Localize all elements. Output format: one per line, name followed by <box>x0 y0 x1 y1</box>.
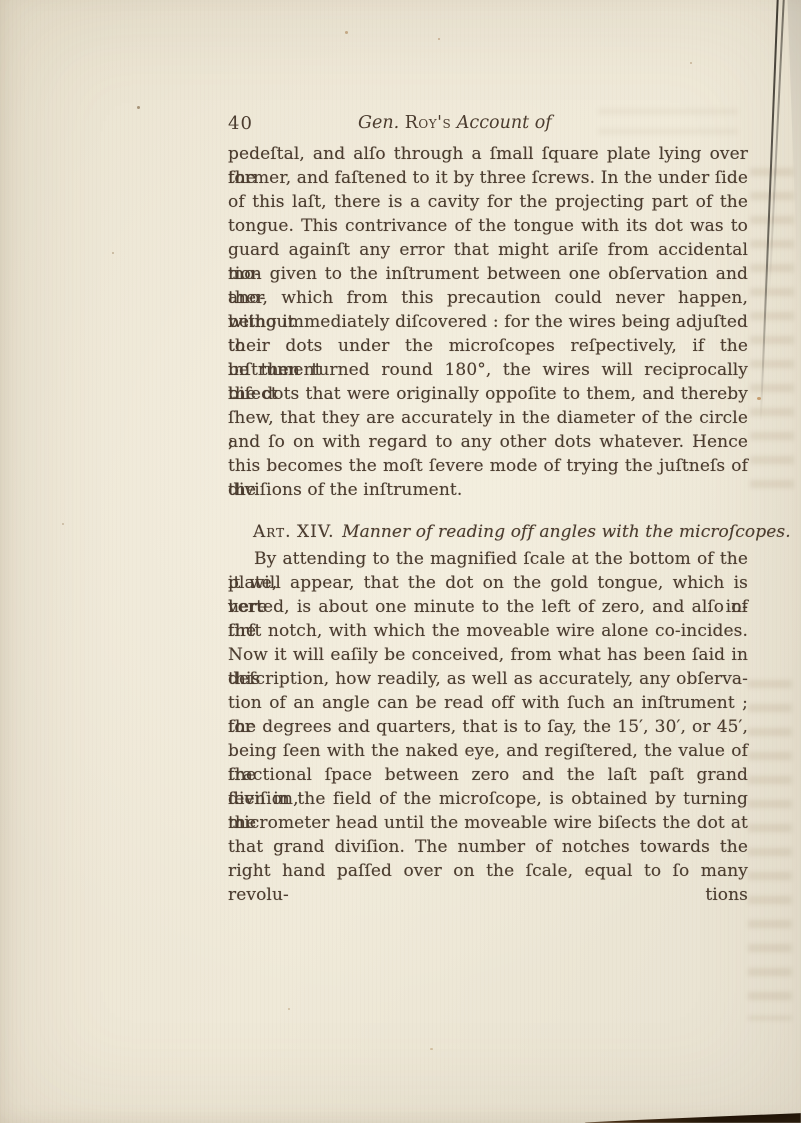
body-text-line: firſt notch, with which the moveable wir… <box>228 619 748 643</box>
page-edge-line <box>760 0 779 422</box>
page-edge-sliver <box>775 0 801 290</box>
running-head-title: Account of <box>457 113 552 133</box>
catchword: tions <box>228 883 748 907</box>
body-text-line: being ſeen with the naked eye, and regiſ… <box>228 739 748 763</box>
show-through-text <box>748 680 792 1020</box>
body-text-line: verted, is about one minute to the left … <box>228 595 748 619</box>
body-text-line: ſeen in the field of the microſcope, is … <box>228 787 748 811</box>
article-label: Art. <box>253 522 292 542</box>
article-title: Manner of reading off angles with the mi… <box>342 522 791 542</box>
foxing-speck <box>62 523 64 525</box>
body-text-line: pedeſtal, and alſo through a ſmall ſquar… <box>228 142 748 166</box>
foxing-speck <box>438 38 440 40</box>
foxing-speck <box>112 252 114 254</box>
body-text-line: fractional ſpace between zero and the la… <box>228 763 748 787</box>
body-text-line: the degrees and quarters, that is to ſay… <box>228 715 748 739</box>
page-header: 40 Gen. Roy's Account of <box>0 113 801 137</box>
body-text-line: the dots that were originally oppoſite t… <box>228 382 748 406</box>
body-text-line: tion of an angle can be read off with ſu… <box>228 691 748 715</box>
body-text-line: this becomes the moſt ſevere mode of try… <box>228 454 748 478</box>
foxing-speck <box>288 1008 290 1010</box>
body-text-line: being immediately diſcovered : for the w… <box>228 310 748 334</box>
body-text-line: be then turned round 180°, the wires wil… <box>228 358 748 382</box>
body-text-line: of this laſt, there is a cavity for the … <box>228 190 748 214</box>
running-head-author: Roy's <box>405 113 451 133</box>
article-numeral: XIV. <box>297 522 335 542</box>
body-text-line: that grand diviſion. The number of notch… <box>228 835 748 859</box>
body-text-line: tion given to the inſtrument between one… <box>228 262 748 286</box>
body-text-line: guard againſt any error that might ariſe… <box>228 238 748 262</box>
body-text-line: former, and faſtened to it by three ſcre… <box>228 166 748 190</box>
body-text-line: it will appear, that the dot on the gold… <box>228 571 748 595</box>
book-page: 40 Gen. Roy's Account of pedeſtal, and a… <box>0 0 801 1123</box>
body-text-line: tongue. This contrivance of the tongue w… <box>228 214 748 238</box>
body-text-line: and ſo on with regard to any other dots … <box>228 430 748 454</box>
foxing-speck <box>690 62 692 64</box>
body-text-line: deſcription, how readily, as well as acc… <box>228 667 748 691</box>
page-number: 40 <box>228 113 253 134</box>
body-text-line: By attending to the magnified ſcale at t… <box>228 547 748 571</box>
foxing-speck <box>345 31 348 34</box>
text-block: pedeſtal, and alſo through a ſmall ſquar… <box>228 142 748 907</box>
body-text-line: Now it will eaſily be conceived, from wh… <box>228 643 748 667</box>
book-edge-shadow <box>585 1112 801 1123</box>
running-head: Gen. Roy's Account of <box>358 113 552 133</box>
article-heading: Art. XIV. Manner of reading off angles w… <box>228 520 748 544</box>
body-text-line: their dots under the microſcopes reſpect… <box>228 334 748 358</box>
running-head-gen: Gen. <box>358 113 399 133</box>
body-text-line: ſhew, that they are accurately in the di… <box>228 406 748 430</box>
foxing-speck <box>137 106 140 109</box>
body-text-line: ther, which from this precaution could n… <box>228 286 748 310</box>
body-text-line: diviſions of the inſtrument. <box>228 478 748 502</box>
foxing-speck <box>430 1048 433 1050</box>
body-text-line: micrometer head until the moveable wire … <box>228 811 748 835</box>
body-text-line: right hand paſſed over on the ſcale, equ… <box>228 859 748 883</box>
